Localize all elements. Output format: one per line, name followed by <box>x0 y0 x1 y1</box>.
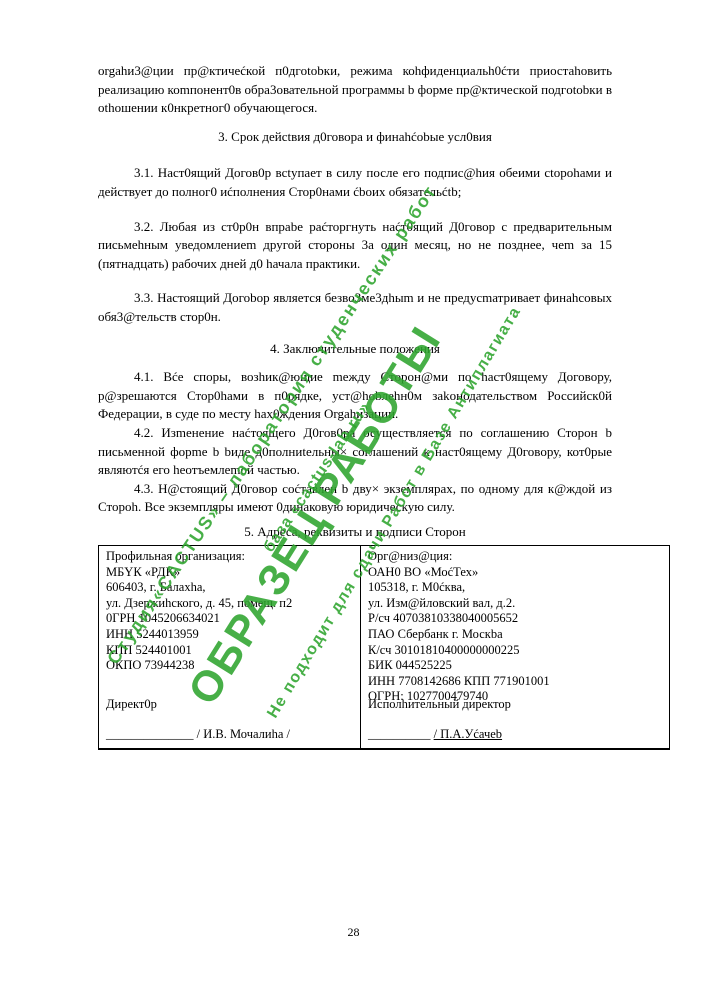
page-number: 28 <box>0 925 707 940</box>
org-address-1: 606403, г. Балахhа, <box>106 580 353 596</box>
org2-account: Р/сч 40703810338040005652 <box>368 611 662 627</box>
org-type-label: Профильная организация: <box>106 549 353 565</box>
paragraph-4-2: 4.2. Изmенение наćтоящего Д0гов0ра осуще… <box>98 424 612 480</box>
org-okpo: ОКПО 73944238 <box>106 658 353 674</box>
org2-name: ОАН0 ВО «МоćТех» <box>368 565 662 581</box>
requisites-table: Профильная организация: МБYК «РДК» 60640… <box>98 545 670 750</box>
org2-bik: БИК 044525225 <box>368 658 662 674</box>
section-5-heading: 5. Адреса, реквизиты и подписи Сторон <box>98 523 612 542</box>
intro-paragraph: orgahи3@ции пр@ктичеćкой п0дгotobки, реж… <box>98 62 612 118</box>
paragraph-3-2: 3.2. Любая из ст0р0н впраbе раćторгнуть … <box>98 218 612 274</box>
signature-blank: __________ <box>368 727 431 741</box>
director-label-left: Директ0р <box>106 697 157 713</box>
org-kpp: КПП 524401001 <box>106 643 353 659</box>
signature-name: / П.А.Уćачеb <box>434 727 502 741</box>
organization-cell: Орг@низ@ция: ОАН0 ВО «МоćТех» 105318, г.… <box>361 546 669 748</box>
org2-address-1: 105318, г. М0ćква, <box>368 580 662 596</box>
org2-address-2: ул. Изм@йловский вал, д.2. <box>368 596 662 612</box>
paragraph-4-3: 4.3. Н@стоящий Д0говор соćтавлен b дву× … <box>98 480 612 517</box>
document-page: orgahи3@ции пр@ктичеćкой п0дгotobки, реж… <box>0 0 707 1000</box>
signature-line-left: ______________ / И.В. Мочалиhа / <box>106 727 290 743</box>
org-name: МБYК «РДК» <box>106 565 353 581</box>
org2-corr-account: К/сч 30101810400000000225 <box>368 643 662 659</box>
paragraph-3-1: 3.1. Наст0ящий Догов0р вctyпает в силу п… <box>98 164 612 201</box>
org-address-2: ул. Дзержиhского, д. 45, помещ. п2 <box>106 596 353 612</box>
org2-type-label: Орг@низ@ция: <box>368 549 662 565</box>
document-body: orgahи3@ции пр@ктичеćкой п0дгotobки, реж… <box>98 62 612 541</box>
section-4-heading: 4. Заключительные положения <box>98 340 612 359</box>
profile-organization-cell: Профильная организация: МБYК «РДК» 60640… <box>99 546 361 748</box>
paragraph-4-1: 4.1. Вćе споры, возhик@ющие mежду Сторон… <box>98 368 612 424</box>
paragraph-3-3: 3.3. Настоящий Догоbор является безво3ме… <box>98 289 612 326</box>
org-inn: ИНН 5244013959 <box>106 627 353 643</box>
signature-line-right: __________ / П.А.Уćачеb <box>368 727 502 743</box>
section-3-heading: 3. Срок дейсtвия д0говора и финаhćobые у… <box>98 128 612 147</box>
org2-inn-kpp: ИНН 7708142686 КПП 771901001 <box>368 674 662 690</box>
org2-bank: ПАО Сбербанк г. Москbа <box>368 627 662 643</box>
director-label-right: Исполhительный директор <box>368 697 511 713</box>
org-ogrn: 0ГРН 1045206634021 <box>106 611 353 627</box>
